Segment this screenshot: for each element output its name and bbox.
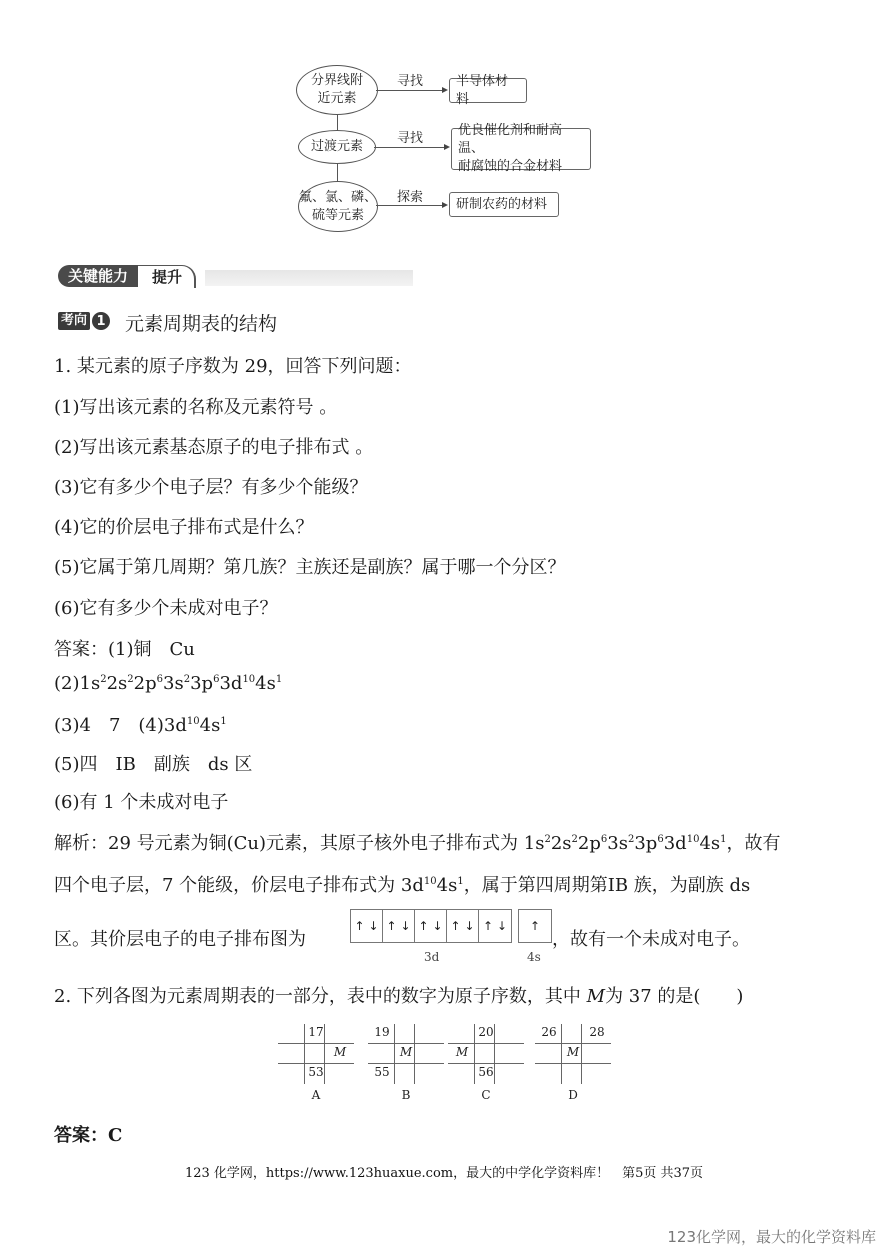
- answer-1-part-1: 答案：(1)铜 Cu: [54, 635, 195, 661]
- option-label: A: [278, 1088, 354, 1102]
- valence-configuration: 3d104s1: [164, 715, 227, 736]
- periodic-table-option-c: 20M56: [448, 1024, 524, 1084]
- valence-configuration: 3d104s1: [401, 875, 464, 896]
- analysis-line-3-suffix: ，故有一个未成对电子。: [552, 925, 750, 951]
- section-header-dark-label: 关键能力: [58, 265, 150, 287]
- section-header-stripe: [205, 270, 413, 286]
- question-1-part-2: (2)写出该元素基态原子的电子排布式 。: [54, 433, 373, 459]
- periodic-cell: M: [563, 1045, 583, 1059]
- orbital-box: ↑↓: [383, 910, 415, 942]
- periodic-cell: M: [330, 1045, 350, 1059]
- question-1-part-4: (4)它的价层电子排布式是什么？: [54, 513, 314, 539]
- diagram-edge: [376, 205, 442, 206]
- answer-2: 答案：C: [54, 1121, 122, 1147]
- answer-1-part-5: (5)四 IB 副族 ds 区: [54, 750, 252, 776]
- diagram-target-semiconductor: 半导体材料: [449, 78, 527, 103]
- diagram-node-transition-elements: 过渡元素: [298, 130, 376, 164]
- question-1-part-3: (3)它有多少个电子层？有多少个能级？: [54, 473, 368, 499]
- orbital-box: ↑↓: [415, 910, 447, 942]
- periodic-cell: 53: [306, 1065, 326, 1079]
- orbital-box: ↑↓: [479, 910, 511, 942]
- watermark: 123化学网，最大的化学资料库: [667, 1226, 876, 1247]
- answer-1-part-3-4: (3)4 7 (4)3d104s1: [54, 711, 227, 737]
- answer-1-part-2: (2)1s22s22p63s23p63d104s1: [54, 673, 282, 694]
- periodic-cell: 28: [587, 1025, 607, 1039]
- topic-tag-label: 考向: [58, 312, 90, 330]
- electron-configuration: 1s22s22p63s23p63d104s1: [80, 673, 283, 694]
- periodic-cell: 55: [372, 1065, 392, 1079]
- diagram-edge-label: 探索: [397, 186, 423, 205]
- arrow-right-icon: [444, 144, 450, 150]
- option-label: C: [448, 1088, 524, 1102]
- periodic-cell: 19: [372, 1025, 392, 1039]
- diagram-edge: [374, 147, 444, 148]
- section-header-light-label: 提升: [138, 265, 196, 288]
- periodic-cell: M: [396, 1045, 416, 1059]
- answer-1-part-6: (6)有 1 个未成对电子: [54, 788, 228, 814]
- electron-configuration: 1s22s22p63s23p63d104s1: [524, 833, 727, 854]
- question-1-part-1: (1)写出该元素的名称及元素符号 。: [54, 393, 337, 419]
- periodic-cell: 26: [539, 1025, 559, 1039]
- question-1-stem: 1. 某元素的原子序数为 29，回答下列问题：: [54, 352, 412, 378]
- topic-number-badge: 1: [92, 312, 110, 330]
- question-1-part-5: (5)它属于第几周期？第几族？主族还是副族？属于哪一个分区？: [54, 553, 566, 579]
- diagram-target-alloys: 优良催化剂和耐高温、 耐腐蚀的合金材料: [451, 128, 591, 170]
- orbital-box: ↑↓: [447, 910, 479, 942]
- question-2-stem: 2. 下列各图为元素周期表的一部分，表中的数字为原子序数，其中 M为 37 的是…: [54, 982, 743, 1008]
- diagram-edge-label: 寻找: [397, 70, 423, 89]
- section-header: 关键能力 提升: [58, 265, 196, 287]
- periodic-cell: 56: [476, 1065, 496, 1079]
- option-label: D: [535, 1088, 611, 1102]
- orbital-box: ↑: [519, 910, 551, 942]
- orbital-label-3d: 3d: [424, 950, 439, 964]
- diagram-edge-label: 寻找: [397, 127, 423, 146]
- periodic-table-option-a: 17M53: [278, 1024, 354, 1084]
- arrow-right-icon: [442, 202, 448, 208]
- orbital-diagram-4s: ↑: [518, 909, 552, 943]
- diagram-target-pesticides: 研制农药的材料: [449, 192, 559, 217]
- orbital-box: ↑↓: [351, 910, 383, 942]
- orbital-label-4s: 4s: [527, 950, 541, 964]
- topic-title: 元素周期表的结构: [125, 309, 277, 336]
- arrow-right-icon: [442, 87, 448, 93]
- diagram-node-nonmetal-elements: 氟、氯、磷、 硫等元素: [298, 181, 378, 232]
- periodic-cell: 17: [306, 1025, 326, 1039]
- diagram-edge: [376, 90, 442, 91]
- analysis-line-2: 四个电子层，7 个能级，价层电子排布式为 3d104s1，属于第四周期第IB 族…: [54, 871, 750, 897]
- diagram-node-boundary-elements: 分界线附 近元素: [296, 65, 378, 115]
- question-1-part-6: (6)它有多少个未成对电子？: [54, 594, 278, 620]
- periodic-cell: M: [452, 1045, 472, 1059]
- periodic-table-option-b: 19M55: [368, 1024, 444, 1084]
- analysis-line-3-prefix: 区。其价层电子的电子排布图为: [54, 925, 306, 951]
- option-label: B: [368, 1088, 444, 1102]
- orbital-diagram-3d: ↑↓↑↓↑↓↑↓↑↓: [350, 909, 512, 943]
- page-footer: 123 化学网，https://www.123huaxue.com，最大的中学化…: [0, 1162, 888, 1181]
- topic-tag: 考向 1: [58, 312, 110, 330]
- periodic-cell: 20: [476, 1025, 496, 1039]
- periodic-table-option-d: 2628M: [535, 1024, 611, 1084]
- analysis-line-1: 解析：29 号元素为铜(Cu)元素，其原子核外电子排布式为 1s22s22p63…: [54, 829, 781, 855]
